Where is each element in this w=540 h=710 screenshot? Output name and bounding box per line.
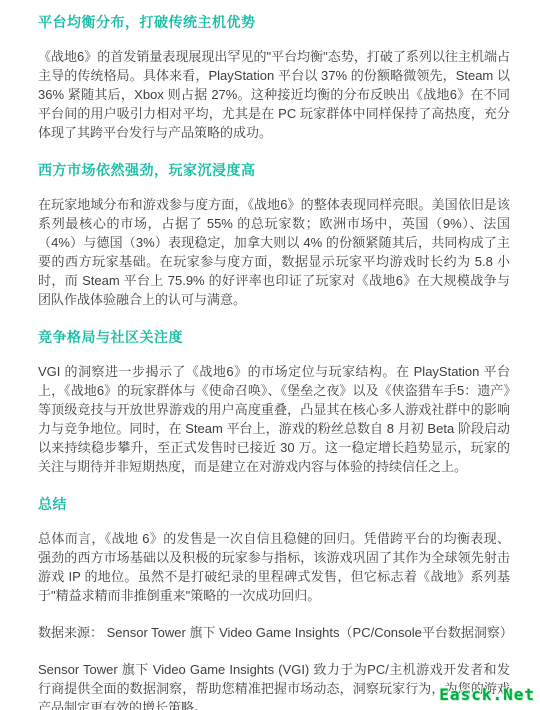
section-paragraph: 总体而言，《战地 6》的发售是一次自信且稳健的回归。凭借跨平台的均衡表现、强劲的… [38, 529, 510, 605]
article-page: 平台均衡分布，打破传统主机优势 《战地6》的首发销量表现展现出罕见的"平台均衡"… [0, 0, 540, 710]
article-section-summary: 总结 总体而言，《战地 6》的发售是一次自信且稳健的回归。凭借跨平台的均衡表现、… [38, 494, 510, 605]
section-heading: 西方市场依然强劲，玩家沉浸度高 [38, 160, 510, 180]
article-section-platform-balance: 平台均衡分布，打破传统主机优势 《战地6》的首发销量表现展现出罕见的"平台均衡"… [38, 12, 510, 142]
section-paragraph: 《战地6》的首发销量表现展现出罕见的"平台均衡"态势，打破了系列以往主机端占主导… [38, 47, 510, 142]
section-heading: 竞争格局与社区关注度 [38, 327, 510, 347]
section-paragraph: 在玩家地域分布和游戏参与度方面，《战地6》的整体表现同样亮眼。美国依旧是该系列最… [38, 195, 510, 309]
article-section-competition-community: 竞争格局与社区关注度 VGI 的洞察进一步揭示了《战地6》的市场定位与玩家结构。… [38, 327, 510, 476]
data-source-line: 数据来源： Sensor Tower 旗下 Video Game Insight… [38, 623, 510, 642]
section-paragraph: VGI 的洞察进一步揭示了《战地6》的市场定位与玩家结构。在 PlayStati… [38, 362, 510, 476]
section-heading: 平台均衡分布，打破传统主机优势 [38, 12, 510, 32]
easck-watermark: Easck.Net [439, 685, 535, 704]
section-heading: 总结 [38, 494, 510, 514]
article-section-western-market: 西方市场依然强劲，玩家沉浸度高 在玩家地域分布和游戏参与度方面，《战地6》的整体… [38, 160, 510, 309]
